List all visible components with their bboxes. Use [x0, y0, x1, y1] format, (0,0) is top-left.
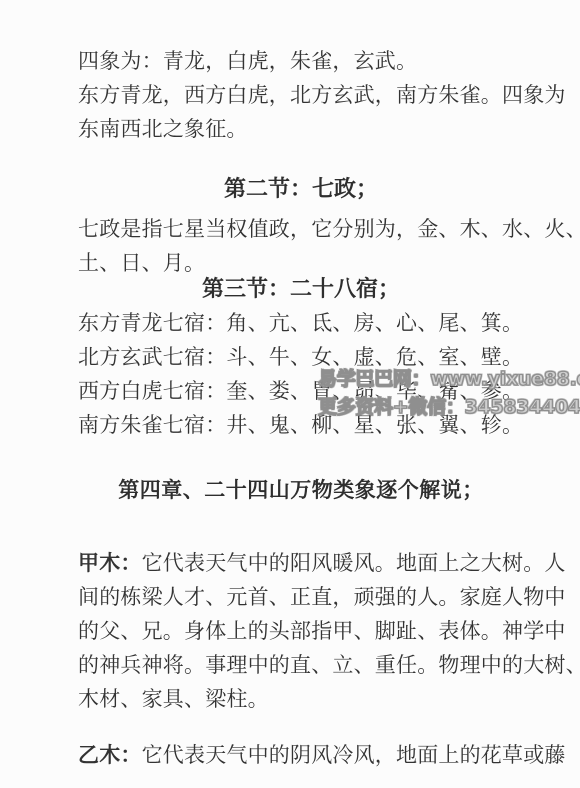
- text-line: 四象为：青龙，白虎，朱雀，玄武。: [78, 44, 524, 78]
- text-line-east-mansions: 东方青龙七宿：角、亢、氐、房、心、尾、箕。: [78, 306, 524, 340]
- text-line: 七政是指七星当权值政，它分别为，金、木、水、火、: [78, 212, 524, 246]
- heading-section-2-qizheng: 第二节：七政；: [78, 172, 524, 206]
- text-line: 的父、兄。身体上的头部指甲、脚趾、表体。神学中: [78, 614, 524, 648]
- text-line: 东南西北之象征。: [78, 112, 524, 146]
- watermark-site-url: 易学巴巴网：www.yixue88.cn: [318, 366, 580, 392]
- text-line: 间的栋梁人才、元首、正直，顽强的人。家庭人物中: [78, 580, 524, 614]
- watermark-wechat-contact: 更多资料+微信：3458344044: [318, 394, 580, 420]
- text-line: 乙木：它代表天气中的阴风冷风，地面上的花草或藤: [78, 738, 524, 772]
- text-run: 它代表天气中的阴风冷风，地面上的花草或藤: [142, 743, 566, 767]
- text-line: 木材、家具、梁柱。: [78, 682, 524, 716]
- document-page: 四象为：青龙，白虎，朱雀，玄武。 东方青龙，西方白虎，北方玄武，南方朱雀。四象为…: [0, 0, 580, 788]
- text-line: 东方青龙，西方白虎，北方玄武，南方朱雀。四象为: [78, 78, 524, 112]
- qizheng-paragraph: 七政是指七星当权值政，它分别为，金、木、水、火、 土、日、月。: [78, 212, 524, 280]
- term-jiamu: 甲木：: [78, 551, 142, 575]
- intro-paragraph: 四象为：青龙，白虎，朱雀，玄武。 东方青龙，西方白虎，北方玄武，南方朱雀。四象为…: [78, 44, 524, 146]
- heading-chapter-4: 第四章、二十四山万物类象逐个解说；: [78, 472, 524, 508]
- jiamu-paragraph: 甲木：它代表天气中的阳风暖风。地面上之大树。人 间的栋梁人才、元首、正直，顽强的…: [78, 546, 524, 716]
- text-run: 它代表天气中的阳风暖风。地面上之大树。人: [142, 551, 566, 575]
- heading-section-3-ershibaxiu: 第三节：二十八宿；: [78, 272, 524, 306]
- text-line: 的神兵神将。事理中的直、立、重任。物理中的大树、: [78, 648, 524, 682]
- yimu-paragraph: 乙木：它代表天气中的阴风冷风，地面上的花草或藤: [78, 738, 524, 772]
- text-line: 甲木：它代表天气中的阳风暖风。地面上之大树。人: [78, 546, 524, 580]
- term-yimu: 乙木：: [78, 743, 142, 767]
